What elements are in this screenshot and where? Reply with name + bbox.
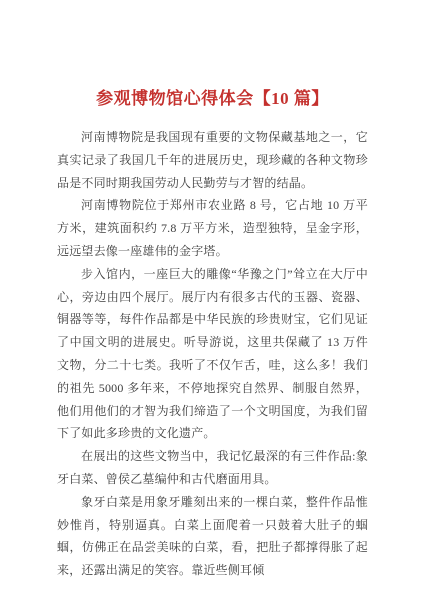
paragraph: 在展出的这些文物当中，我记忆最深的有三件作品:象牙白菜、曾侯乙墓编仲和古代磨面用… [57,445,368,491]
page-title: 参观博物馆心得体会【10 篇】 [57,86,368,112]
paragraph: 河南博物院位于郑州市农业路 8 号，它占地 10 万平方米，建筑面积约 7.8 … [57,194,368,262]
paragraph: 象牙白菜是用象牙雕刻出来的一棵白菜，整件作品惟妙惟肖，特别逼真。白菜上面爬着一只… [57,491,368,582]
document-page: 参观博物馆心得体会【10 篇】 河南博物院是我国现有重要的文物保藏基地之一，它真… [0,0,424,600]
paragraph: 步入馆内，一座巨大的雕像“华豫之门”耸立在大厅中心，旁边由四个展厅。展厅内有很多… [57,263,368,445]
document-body: 河南博物院是我国现有重要的文物保藏基地之一，它真实记录了我国几千年的进展历史，现… [57,126,368,582]
paragraph: 河南博物院是我国现有重要的文物保藏基地之一，它真实记录了我国几千年的进展历史，现… [57,126,368,194]
